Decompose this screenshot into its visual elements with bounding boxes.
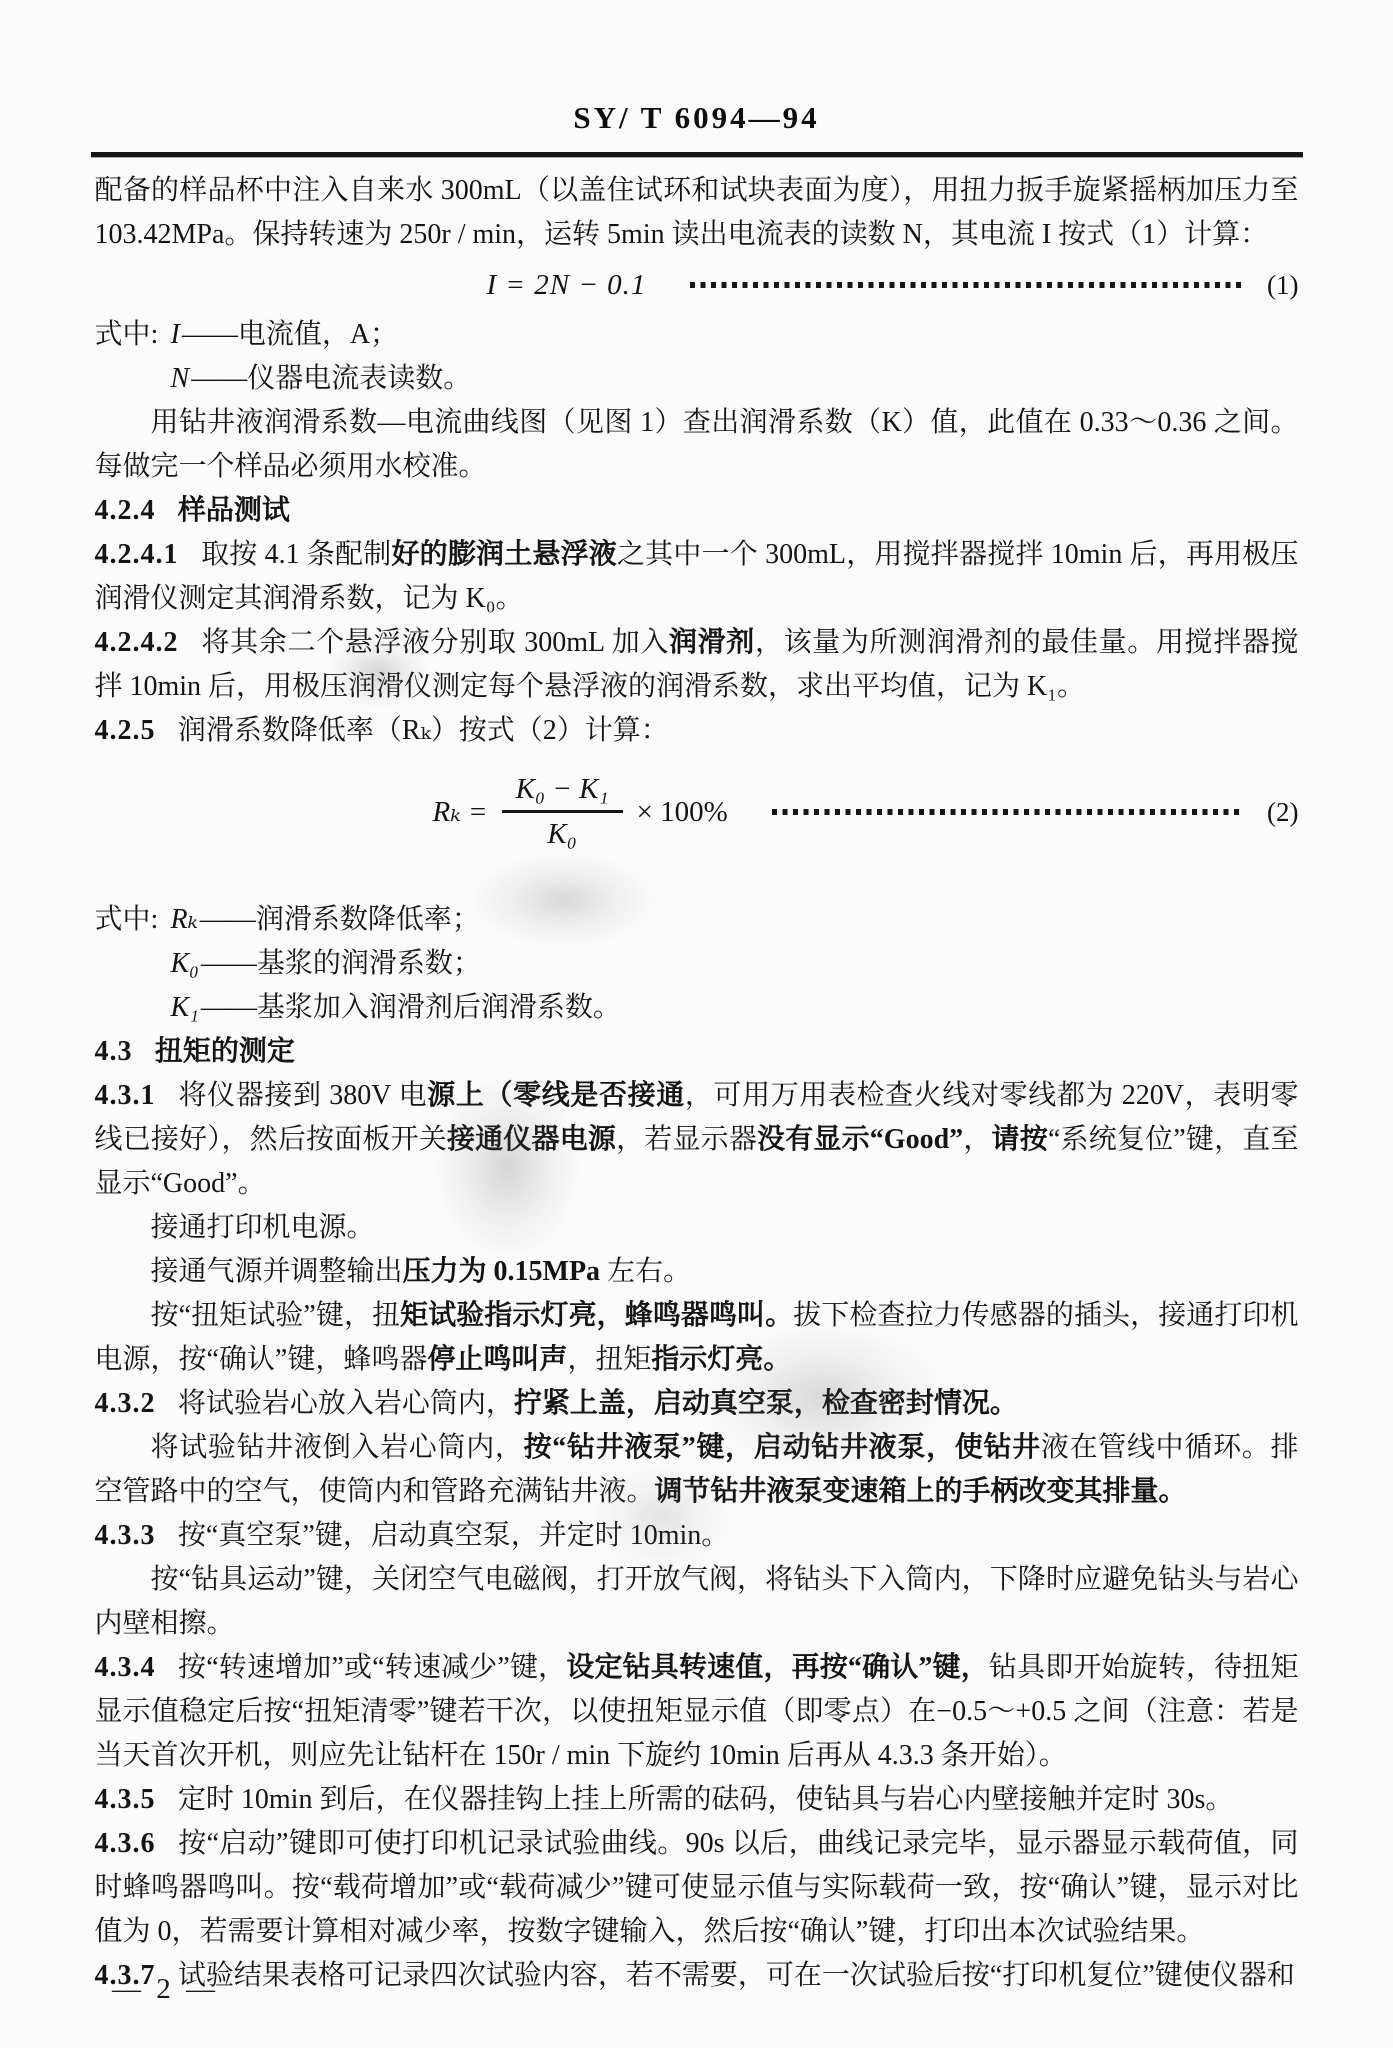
variable-description: ——基浆加入润滑剂后润滑系数。: [201, 992, 621, 1023]
section-number: 4.2.5: [95, 715, 156, 746]
paragraph-text: 将其余二个悬浮液分别取 300mL 加入润滑剂，该量为所测润滑剂的最佳量。用搅拌…: [95, 627, 1299, 702]
paragraph-4-3-1: 4.3.1将仪器接到 380V 电源上（零线是否接通，可用万用表检查火线对零线都…: [95, 1074, 1299, 1206]
paragraph-4-3-4: 4.3.4按“转速增加”或“转速减少”键，设定钻具转速值，再按“确认”键，钻具即…: [95, 1646, 1299, 1778]
paragraph-4-3-5: 4.3.5定时 10min 到后，在仪器挂钩上挂上所需的砝码，使钻具与岩心内壁接…: [95, 1778, 1299, 1822]
paragraph-mud-pump: 将试验钻井液倒入岩心筒内，按“钻井液泵”键，启动钻井液泵，使钻井液在管线中循环。…: [95, 1426, 1299, 1514]
formula-2-number: (2): [1247, 790, 1299, 834]
dotted-leader-icon: [772, 809, 1241, 815]
dotted-leader-icon: [690, 282, 1240, 288]
paragraph-drill-motion: 按“钻具运动”键，关闭空气电磁阀，打开放气阀，将钻头下入筒内，下降时应避免钻头与…: [95, 1558, 1299, 1646]
formula-2-lhs: Rₖ =: [433, 790, 488, 834]
footer-page-number: — 2 —: [112, 1973, 219, 2006]
section-number: 4.3.3: [95, 1520, 156, 1551]
paragraph-text: 润滑系数降低率（Rₖ）按式（2）计算：: [178, 715, 669, 746]
section-number: 4.3.4: [95, 1652, 156, 1683]
paragraph-torque-test-key: 按“扭矩试验”键，扭矩试验指示灯亮，蜂鸣器鸣叫。拔下检查拉力传感器的插头，接通打…: [95, 1294, 1299, 1382]
where-clause-1: 式中: I——电流值，A； N——仪器电流表读数。: [95, 313, 1299, 401]
paragraph-4-2-4-2: 4.2.4.2将其余二个悬浮液分别取 300mL 加入润滑剂，该量为所测润滑剂的…: [95, 621, 1299, 709]
variable-description: ——仪器电流表读数。: [191, 363, 471, 394]
paragraph-4-2-4-1: 4.2.4.1取按 4.1 条配制好的膨润土悬浮液之其中一个 300mL，用搅拌…: [95, 533, 1299, 621]
formula-2: Rₖ = K₀ − K₁ K₀ × 100% (2): [95, 769, 1299, 854]
variable-description: ——电流值，A；: [182, 319, 398, 350]
paragraph-text: 将仪器接到 380V 电源上（零线是否接通，可用万用表检查火线对零线都为 220…: [95, 1080, 1299, 1199]
paragraph-text: 将试验岩心放入岩心筒内，拧紧上盖，启动真空泵，检查密封情况。: [178, 1388, 1018, 1419]
intro-paragraph: 配备的样品杯中注入自来水 300mL（以盖住试环和试块表面为度），用扭力扳手旋紧…: [95, 169, 1299, 257]
definition-list: Rₖ——润滑系数降低率； K₀——基浆的润滑系数； K₁——基浆加入润滑剂后润滑…: [171, 898, 1299, 1030]
paragraph-4-3-7: 4.3.7试验结果表格可记录四次试验内容，若不需要，可在一次试验后按“打印机复位…: [95, 1954, 1299, 1998]
section-number: 4.3.5: [95, 1784, 156, 1815]
page-title: SY/ T 6094—94: [0, 0, 1393, 136]
paragraph-4-3-3: 4.3.3按“真空泵”键，启动真空泵，并定时 10min。: [95, 1514, 1299, 1558]
paragraph-4-3-2: 4.3.2将试验岩心放入岩心筒内，拧紧上盖，启动真空泵，检查密封情况。: [95, 1382, 1299, 1426]
header-rule: [91, 152, 1303, 157]
paragraph-text: 按“真空泵”键，启动真空泵，并定时 10min。: [178, 1520, 729, 1551]
document-body: 配备的样品杯中注入自来水 300mL（以盖住试环和试块表面为度），用扭力扳手旋紧…: [95, 169, 1299, 1998]
section-4-2-4-heading: 4.2.4样品测试: [95, 489, 1299, 533]
section-number: 4.3.1: [95, 1080, 156, 1111]
definition-list: I——电流值，A； N——仪器电流表读数。: [171, 313, 1299, 401]
section-4-3-heading: 4.3扭矩的测定: [95, 1030, 1299, 1074]
paragraph-text: 按“启动”键即可使打印机记录试验曲线。90s 以后，曲线记录完毕，显示器显示载荷…: [95, 1828, 1299, 1947]
definition-item: I——电流值，A；: [171, 313, 1299, 357]
section-number: 4.2.4.1: [95, 539, 179, 570]
section-title: 扭矩的测定: [155, 1036, 295, 1067]
paragraph-4-3-6: 4.3.6按“启动”键即可使打印机记录试验曲线。90s 以后，曲线记录完毕，显示…: [95, 1822, 1299, 1954]
paragraph-4-2-5: 4.2.5润滑系数降低率（Rₖ）按式（2）计算：: [95, 709, 1299, 753]
variable-name: N: [171, 363, 190, 394]
paragraph-air-pressure: 接通气源并调整输出压力为 0.15MPa 左右。: [95, 1250, 1299, 1294]
paragraph-text: 定时 10min 到后，在仪器挂钩上挂上所需的砝码，使钻具与岩心内壁接触并定时 …: [178, 1784, 1233, 1815]
paragraph-lubricity-curve: 用钻井液润滑系数—电流曲线图（见图 1）查出润滑系数（K）值，此值在 0.33～…: [95, 401, 1299, 489]
variable-description: ——基浆的润滑系数；: [201, 948, 481, 979]
formula-2-denominator: K₀: [547, 813, 576, 854]
section-number: 4.3.6: [95, 1828, 156, 1859]
where-label: 式中:: [95, 313, 171, 401]
variable-name: Rₖ: [171, 904, 198, 935]
section-number: 4.2.4.2: [95, 627, 179, 658]
definition-item: K₀——基浆的润滑系数；: [171, 942, 1299, 986]
where-clause-2: 式中: Rₖ——润滑系数降低率； K₀——基浆的润滑系数； K₁——基浆加入润滑…: [95, 898, 1299, 1030]
variable-name: K₀: [171, 948, 199, 979]
definition-item: N——仪器电流表读数。: [171, 357, 1299, 401]
definition-item: Rₖ——润滑系数降低率；: [171, 898, 1299, 942]
document-page: SY/ T 6094—94 配备的样品杯中注入自来水 300mL（以盖住试环和试…: [0, 0, 1393, 2048]
section-number: 4.3: [95, 1036, 133, 1067]
formula-2-expression: Rₖ = K₀ − K₁ K₀ × 100%: [433, 769, 728, 854]
variable-name: I: [171, 319, 180, 350]
paragraph-text: 取按 4.1 条配制好的膨润土悬浮液之其中一个 300mL，用搅拌器搅拌 10m…: [95, 539, 1299, 614]
formula-1-expression: I = 2N − 0.1: [487, 263, 647, 307]
formula-1: I = 2N − 0.1 (1): [95, 263, 1299, 307]
where-label: 式中:: [95, 898, 171, 1030]
paragraph-text: 试验结果表格可记录四次试验内容，若不需要，可在一次试验后按“打印机复位”键使仪器…: [178, 1960, 1295, 1991]
paragraph-text: 按“转速增加”或“转速减少”键，设定钻具转速值，再按“确认”键，钻具即开始旋转，…: [95, 1652, 1299, 1771]
definition-item: K₁——基浆加入润滑剂后润滑系数。: [171, 986, 1299, 1030]
variable-name: K₁: [171, 992, 199, 1023]
formula-1-number: (1): [1247, 263, 1299, 307]
section-number: 4.2.4: [95, 495, 156, 526]
formula-2-multiplier: × 100%: [637, 790, 728, 834]
formula-2-fraction: K₀ − K₁ K₀: [502, 769, 623, 854]
paragraph-printer-power: 接通打印机电源。: [95, 1206, 1299, 1250]
section-title: 样品测试: [178, 495, 290, 526]
section-number: 4.3.2: [95, 1388, 156, 1419]
formula-2-numerator: K₀ − K₁: [502, 769, 623, 813]
variable-description: ——润滑系数降低率；: [200, 904, 480, 935]
